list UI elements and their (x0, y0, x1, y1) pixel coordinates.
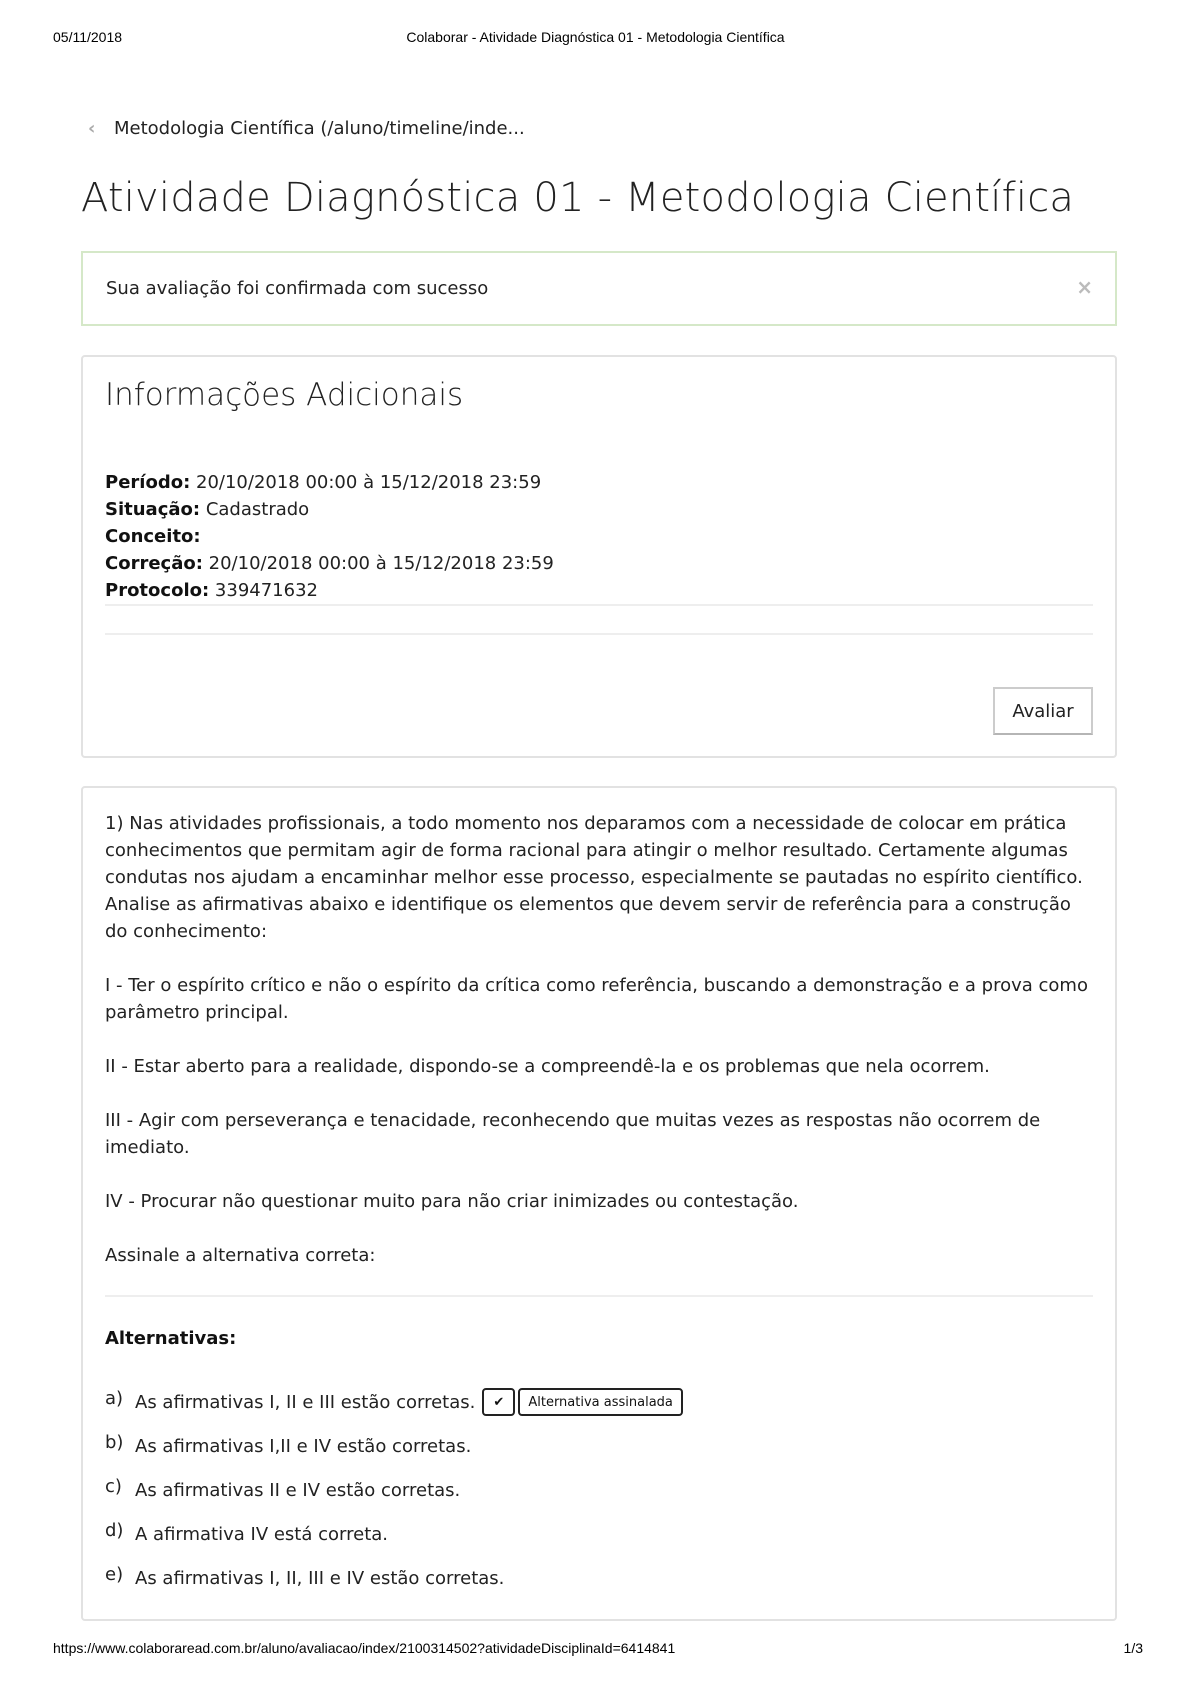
print-url: https://www.colaboraread.com.br/aluno/av… (53, 1640, 675, 1656)
question-body: 1) Nas atividades profissionais, a todo … (105, 810, 1095, 1296)
print-title: Colaborar - Atividade Diagnóstica 01 - M… (0, 29, 1191, 45)
page-title: Atividade Diagnóstica 01 - Metodologia C… (81, 175, 1074, 221)
check-icon: ✔ (482, 1388, 515, 1416)
info-field-situacao: Situação: Cadastrado (105, 496, 554, 523)
alternatives-list: a) As afirmativas I, II e III estão corr… (105, 1380, 683, 1600)
avaliar-button[interactable]: Avaliar (993, 687, 1093, 735)
field-label: Protocolo: (105, 580, 209, 601)
alternative-text: As afirmativas II e IV estão corretas. (135, 1480, 460, 1501)
print-page-number: 1/3 (1124, 1640, 1143, 1656)
alternative-text: A afirmativa IV está correta. (135, 1524, 388, 1545)
breadcrumb-back-link[interactable]: ‹ Metodologia Científica (/aluno/timelin… (88, 118, 525, 139)
divider (105, 604, 1093, 606)
field-value: 339471632 (215, 580, 318, 601)
alert-message: Sua avaliação foi confirmada com sucesso (106, 278, 488, 299)
breadcrumb-label: Metodologia Científica (/aluno/timeline/… (114, 118, 525, 139)
info-field-periodo: Período: 20/10/2018 00:00 à 15/12/2018 2… (105, 469, 554, 496)
field-value: 20/10/2018 00:00 à 15/12/2018 23:59 (209, 553, 554, 574)
statement-item-iii: III - Agir com perseverança e tenacidade… (105, 1107, 1095, 1161)
field-label: Correção: (105, 553, 203, 574)
print-header: 05/11/2018 Colaborar - Atividade Diagnós… (0, 29, 1191, 49)
alternatives-heading: Alternativas: (105, 1328, 236, 1349)
alternative-letter: d) (105, 1520, 135, 1541)
question-prompt: Assinale a alternativa correta: (105, 1242, 1095, 1269)
alternative-text: As afirmativas I, II, III e IV estão cor… (135, 1568, 504, 1589)
field-label: Período: (105, 472, 190, 493)
question-panel: 1) Nas atividades profissionais, a todo … (81, 786, 1117, 1621)
selected-badge: Alternativa assinalada (518, 1388, 683, 1416)
info-field-correcao: Correção: 20/10/2018 00:00 à 15/12/2018 … (105, 550, 554, 577)
alternative-letter: e) (105, 1564, 135, 1585)
alternative-a[interactable]: a) As afirmativas I, II e III estão corr… (105, 1380, 683, 1424)
success-alert: Sua avaliação foi confirmada com sucesso… (81, 251, 1117, 326)
divider (105, 633, 1093, 635)
alternative-b[interactable]: b) As afirmativas I,II e IV estão corret… (105, 1424, 683, 1468)
alternative-c[interactable]: c) As afirmativas II e IV estão corretas… (105, 1468, 683, 1512)
info-panel-title: Informações Adicionais (105, 377, 463, 413)
field-label: Situação: (105, 499, 200, 520)
additional-info-panel: Informações Adicionais Período: 20/10/20… (81, 355, 1117, 758)
question-statement: 1) Nas atividades profissionais, a todo … (105, 810, 1095, 945)
alternative-text: As afirmativas I, II e III estão correta… (135, 1392, 475, 1413)
info-field-conceito: Conceito: (105, 523, 554, 550)
alternative-letter: a) (105, 1388, 135, 1409)
info-field-protocolo: Protocolo: 339471632 (105, 577, 554, 604)
alternative-e[interactable]: e) As afirmativas I, II, III e IV estão … (105, 1556, 683, 1600)
statement-item-i: I - Ter o espírito crítico e não o espír… (105, 972, 1095, 1026)
field-value: 20/10/2018 00:00 à 15/12/2018 23:59 (196, 472, 541, 493)
statement-item-iv: IV - Procurar não questionar muito para … (105, 1188, 1095, 1215)
alternative-d[interactable]: d) A afirmativa IV está correta. (105, 1512, 683, 1556)
print-footer: https://www.colaboraread.com.br/aluno/av… (0, 1640, 1191, 1660)
alternative-text: As afirmativas I,II e IV estão corretas. (135, 1436, 471, 1457)
statement-item-ii: II - Estar aberto para a realidade, disp… (105, 1053, 1095, 1080)
field-value: Cadastrado (206, 499, 309, 520)
divider (105, 1295, 1093, 1297)
field-label: Conceito: (105, 526, 201, 547)
chevron-left-icon: ‹ (88, 118, 106, 139)
alternative-letter: c) (105, 1476, 135, 1497)
info-fields: Período: 20/10/2018 00:00 à 15/12/2018 2… (105, 469, 554, 604)
alternative-letter: b) (105, 1432, 135, 1453)
close-icon[interactable]: × (1076, 275, 1093, 299)
